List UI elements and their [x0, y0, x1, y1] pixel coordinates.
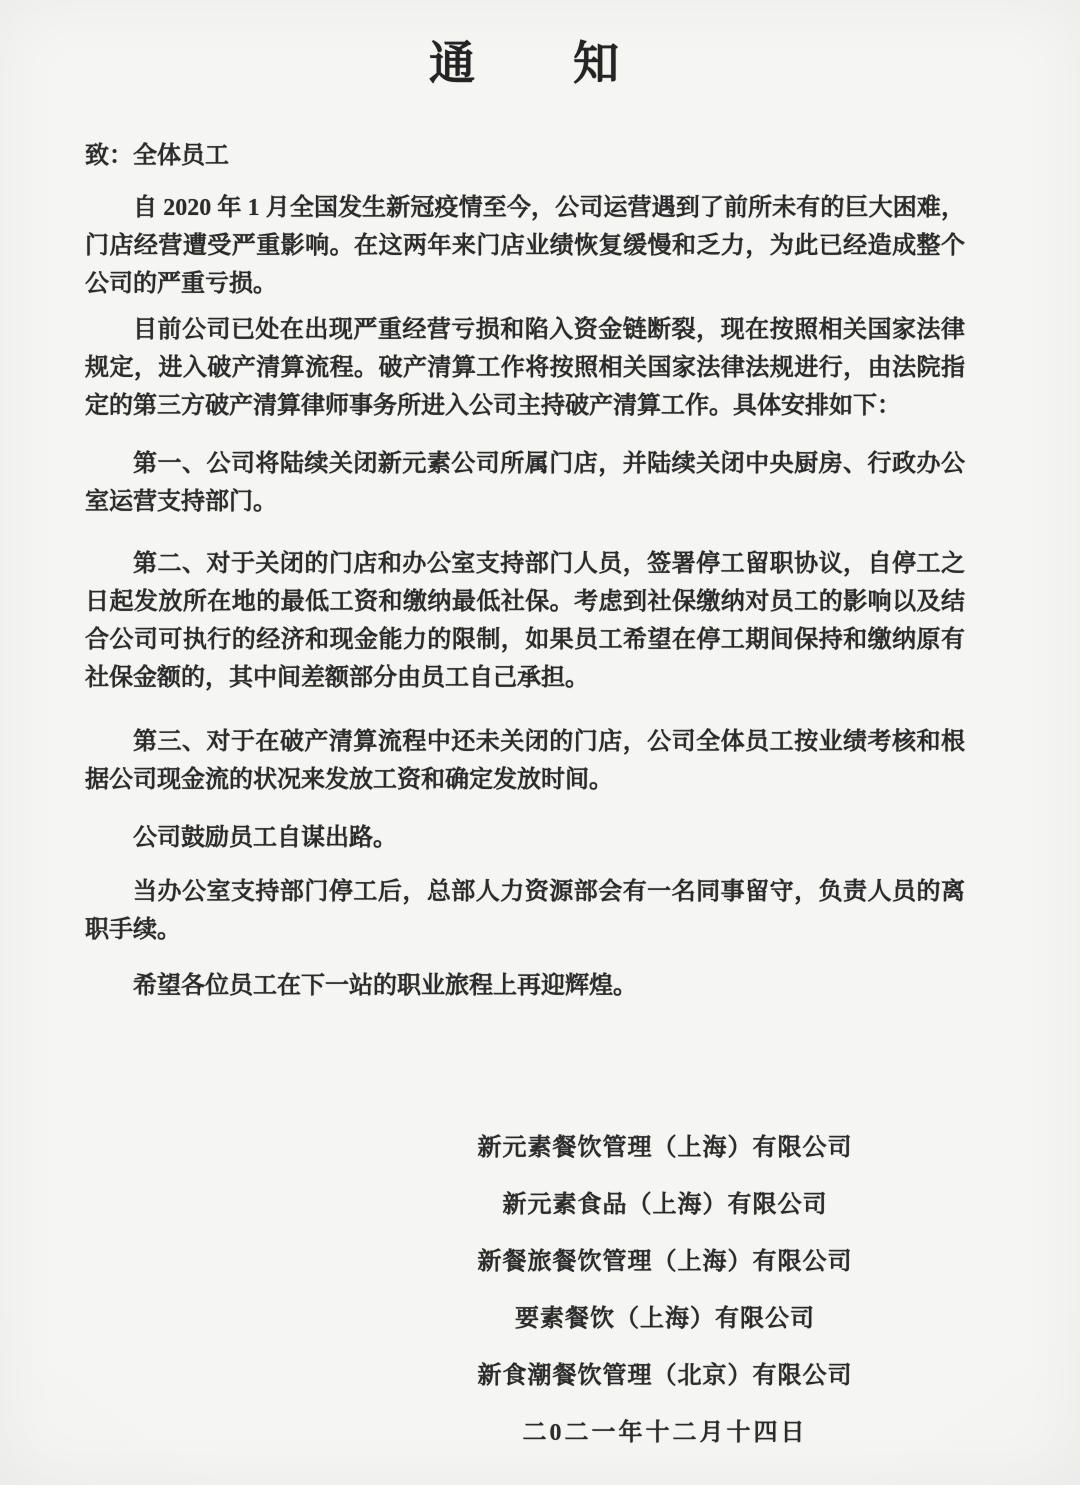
company-signature-4: 要素餐饮（上海）有限公司 — [365, 1291, 965, 1348]
notice-date: 二0二一年十二月十四日 — [365, 1405, 965, 1462]
paragraph-intro-1: 自 2020 年 1 月全国发生新冠疫情至今，公司运营遇到了前所未有的巨大困难，… — [85, 189, 965, 303]
company-signature-5: 新食潮餐饮管理（北京）有限公司 — [365, 1348, 965, 1405]
paragraph-closing: 希望各位员工在下一站的职业旅程上再迎辉煌。 — [85, 967, 965, 1005]
page-title: 通 知 — [85, 36, 965, 91]
paragraph-hr: 当办公室支持部门停工后，总部人力资源部会有一名同事留守，负责人员的离职手续。 — [85, 873, 965, 949]
company-signature-3: 新餐旅餐饮管理（上海）有限公司 — [365, 1234, 965, 1291]
notice-page: 通 知 致：全体员工 自 2020 年 1 月全国发生新冠疫情至今，公司运营遇到… — [0, 0, 1080, 1485]
scanned-document: 通 知 致：全体员工 自 2020 年 1 月全国发生新冠疫情至今，公司运营遇到… — [85, 36, 965, 1462]
company-signature-2: 新元素食品（上海）有限公司 — [365, 1177, 965, 1234]
signature-block: 新元素餐饮管理（上海）有限公司 新元素食品（上海）有限公司 新餐旅餐饮管理（上海… — [365, 1120, 965, 1462]
paragraph-intro-2: 目前公司已处在出现严重经营亏损和陷入资金链断裂，现在按照相关国家法律规定，进入破… — [85, 311, 965, 425]
paragraph-encourage: 公司鼓励员工自谋出路。 — [85, 819, 965, 857]
paragraph-item-1: 第一、公司将陆续关闭新元素公司所属门店，并陆续关闭中央厨房、行政办公室运营支持部… — [85, 445, 965, 521]
company-signature-1: 新元素餐饮管理（上海）有限公司 — [365, 1120, 965, 1177]
salutation: 致：全体员工 — [85, 137, 965, 175]
paragraph-item-3: 第三、对于在破产清算流程中还未关闭的门店，公司全体员工按业绩考核和根据公司现金流… — [85, 723, 965, 799]
notice-body: 自 2020 年 1 月全国发生新冠疫情至今，公司运营遇到了前所未有的巨大困难，… — [85, 189, 965, 1005]
paragraph-item-2: 第二、对于关闭的门店和办公室支持部门人员，签署停工留职协议，自停工之日起发放所在… — [85, 545, 965, 697]
